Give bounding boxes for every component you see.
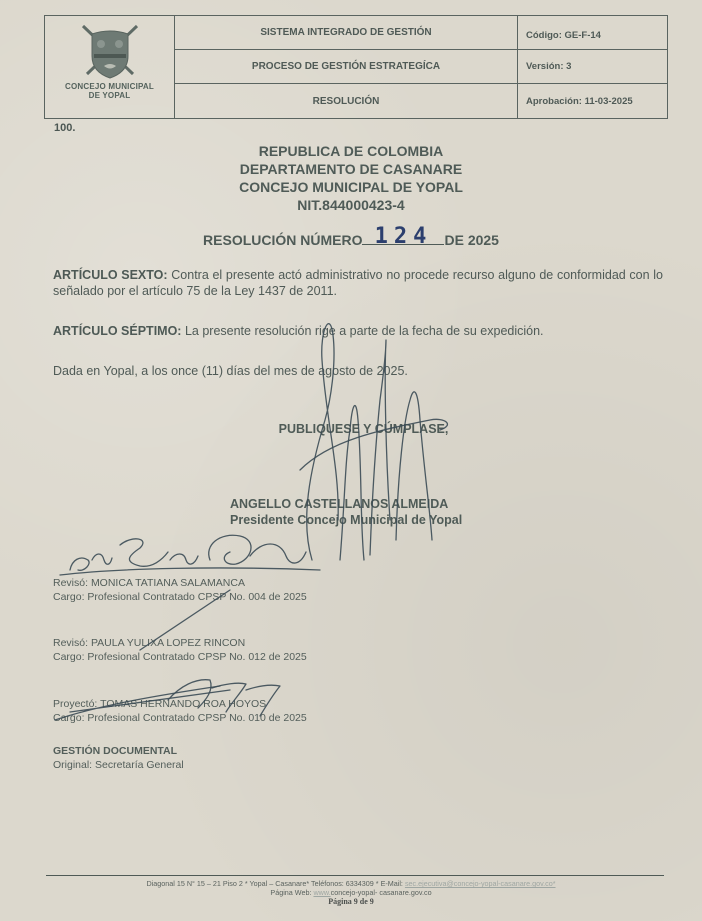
reviewer-2: Revisó: PAULA YULIXA LOPEZ RINCON Cargo:… [53, 636, 307, 664]
title-council: CONCEJO MUNICIPAL DE YOPAL [0, 178, 702, 196]
signer-name: ANGELLO CASTELLANOS ALMEIDA [230, 496, 462, 512]
footer-web-label: Página Web: [270, 888, 311, 897]
reviewer-2-cargo: Cargo: Profesional Contratado CPSP No. 0… [53, 650, 307, 664]
logo-text-line2: DE YOPAL [89, 91, 131, 100]
closing-formula: PUBLIQUESE Y CÚMPLASE, [0, 422, 702, 436]
version-cell: Versión: 3 [518, 50, 667, 84]
reviewer-2-label: Revisó: [53, 637, 88, 649]
footer-web-link[interactable]: concejo-yopal- casanare.gov.co [331, 888, 432, 897]
handwritten-signatures [0, 0, 702, 921]
records-block: GESTIÓN DOCUMENTAL Original: Secretaría … [53, 744, 184, 772]
title-department: DEPARTAMENTO DE CASANARE [0, 160, 702, 178]
dated-line: Dada en Yopal, a los once (11) días del … [53, 363, 663, 379]
approval-cell: Aprobación: 11-03-2025 [518, 84, 667, 118]
logo-text-line1: CONCEJO MUNICIPAL [65, 82, 154, 91]
reviewer-1-cargo: Cargo: Profesional Contratado CPSP No. 0… [53, 590, 307, 604]
signer-block: ANGELLO CASTELLANOS ALMEIDA Presidente C… [230, 496, 462, 528]
article-seventh-label: ARTÍCULO SÉPTIMO: [53, 324, 181, 338]
reviewer-1: Revisó: MONICA TATIANA SALAMANCA Cargo: … [53, 576, 307, 604]
article-seventh: ARTÍCULO SÉPTIMO: La presente resolución… [53, 323, 663, 339]
system-title: SISTEMA INTEGRADO DE GESTIÓN [175, 16, 518, 50]
title-nit: NIT.844000423-4 [0, 196, 702, 214]
logo-cell: CONCEJO MUNICIPAL DE YOPAL [45, 16, 175, 118]
reviewer-1-signature-icon [60, 535, 320, 575]
title-country: REPUBLICA DE COLOMBIA [0, 142, 702, 160]
resolution-prefix: RESOLUCIÓN NÚMERO [203, 232, 362, 248]
article-sixth: ARTÍCULO SEXTO: Contra el presente actó … [53, 267, 663, 299]
drafter-label: Proyectó: [53, 698, 97, 710]
drafter-cargo: Cargo: Profesional Contratado CPSP No. 0… [53, 711, 307, 725]
process-title: PROCESO DE GESTIÓN ESTRATEGÍCA [175, 50, 518, 84]
footer-web-prefix[interactable]: www. [313, 888, 330, 897]
records-original: Original: Secretaría General [53, 758, 184, 772]
article-sixth-label: ARTÍCULO SEXTO: [53, 268, 168, 282]
reviewer-2-name: PAULA YULIXA LOPEZ RINCON [91, 637, 245, 649]
document-title-block: REPUBLICA DE COLOMBIA DEPARTAMENTO DE CA… [0, 142, 702, 214]
footer-divider [46, 875, 664, 876]
reviewer-1-label: Revisó: [53, 577, 88, 589]
footer-address: Diagonal 15 N° 15 – 21 Piso 2 * Yopal – … [146, 879, 402, 888]
footer: Diagonal 15 N° 15 – 21 Piso 2 * Yopal – … [0, 879, 702, 906]
drafter-name: TOMAS HERNANDO ROA HOYOS [100, 698, 266, 710]
footer-page-count: Página 9 de 9 [0, 897, 702, 906]
page-marker: 100. [54, 122, 75, 134]
document-type: RESOLUCIÓN [175, 84, 518, 118]
article-seventh-text: La presente resolución rige a parte de l… [185, 324, 544, 338]
drafter: Proyectó: TOMAS HERNANDO ROA HOYOS Cargo… [53, 697, 307, 725]
document-header-table: CONCEJO MUNICIPAL DE YOPAL SISTEMA INTEG… [44, 15, 668, 119]
resolution-number: 124 [362, 230, 444, 245]
resolution-number-line: RESOLUCIÓN NÚMERO124DE 2025 [0, 232, 702, 248]
footer-email-link[interactable]: sec.ejecutiva@concejo-yopal-casanare.gov… [405, 879, 556, 888]
signer-role: Presidente Concejo Municipal de Yopal [230, 512, 462, 528]
records-heading: GESTIÓN DOCUMENTAL [53, 744, 184, 758]
resolution-suffix: DE 2025 [444, 232, 498, 248]
reviewer-1-name: MONICA TATIANA SALAMANCA [91, 577, 245, 589]
coat-of-arms-shield-icon [77, 22, 143, 82]
code-cell: Código: GE-F-14 [518, 16, 667, 50]
